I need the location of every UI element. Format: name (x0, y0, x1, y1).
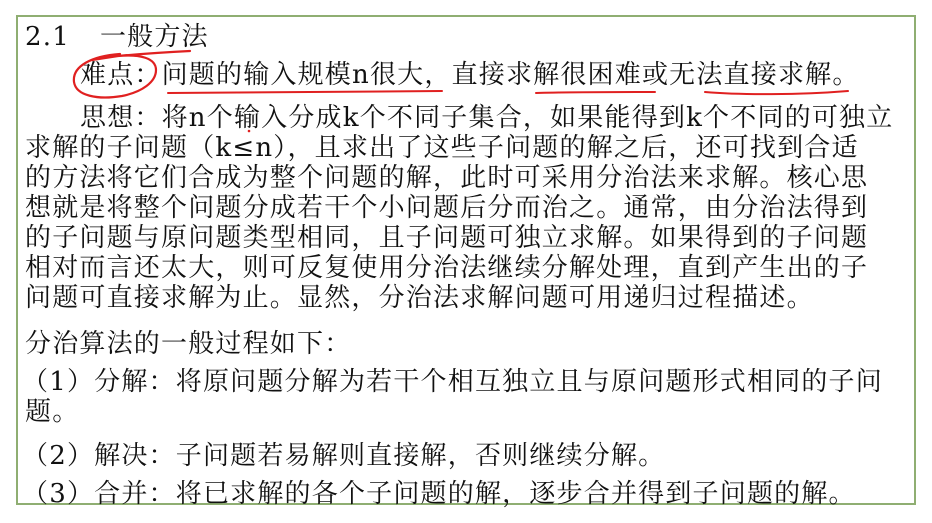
idea-line-0: 思想：将n个输入分成k个不同子集合，如果能得到k个不同的可独立 (80, 103, 893, 133)
process-heading: 分治算法的一般过程如下： (25, 329, 351, 359)
step-1-line-2: 题。 (25, 397, 79, 427)
difficulty-text: 问题的输入规模n很大，直接求解很困难或无法直接求解。 (162, 60, 860, 90)
difficulty-line: 难点：问题的输入规模n很大，直接求解很困难或无法直接求解。 (80, 60, 860, 90)
idea-line-5: 相对而言还太大，则可反复使用分治法继续分解处理，直到产生出的子 (25, 253, 868, 283)
idea-line-4: 的子问题与原问题类型相同，且子问题可独立求解。如果得到的子问题 (25, 223, 868, 253)
idea-line-6: 问题可直接求解为止。显然，分治法求解问题可用递归过程描述。 (25, 283, 814, 313)
idea-line-1: 求解的子问题（k≤n），且求出了这些子问题的解之后，还可找到合适 (25, 133, 859, 163)
difficulty-label: 难点： (80, 60, 162, 90)
idea-line-2: 的方法将它们合成为整个问题的解，此时可采用分治法来求解。核心思 (25, 163, 868, 193)
step-3: （3）合并：将已求解的各个子问题的解，逐步合并得到子问题的解。 (22, 479, 856, 509)
step-2: （2）解决：子问题若易解则直接解，否则继续分解。 (22, 441, 665, 471)
step-1-line-1: （1）分解：将原问题分解为若干个相互独立且与原问题形式相同的子问 (22, 367, 883, 397)
section-number: 2.1 (25, 22, 70, 52)
idea-line-3: 想就是将整个问题分成若干个小问题后分而治之。通常，由分治法得到 (25, 193, 868, 223)
section-title: 2.1一般方法 (25, 22, 209, 52)
section-title-text: 一般方法 (100, 22, 209, 52)
